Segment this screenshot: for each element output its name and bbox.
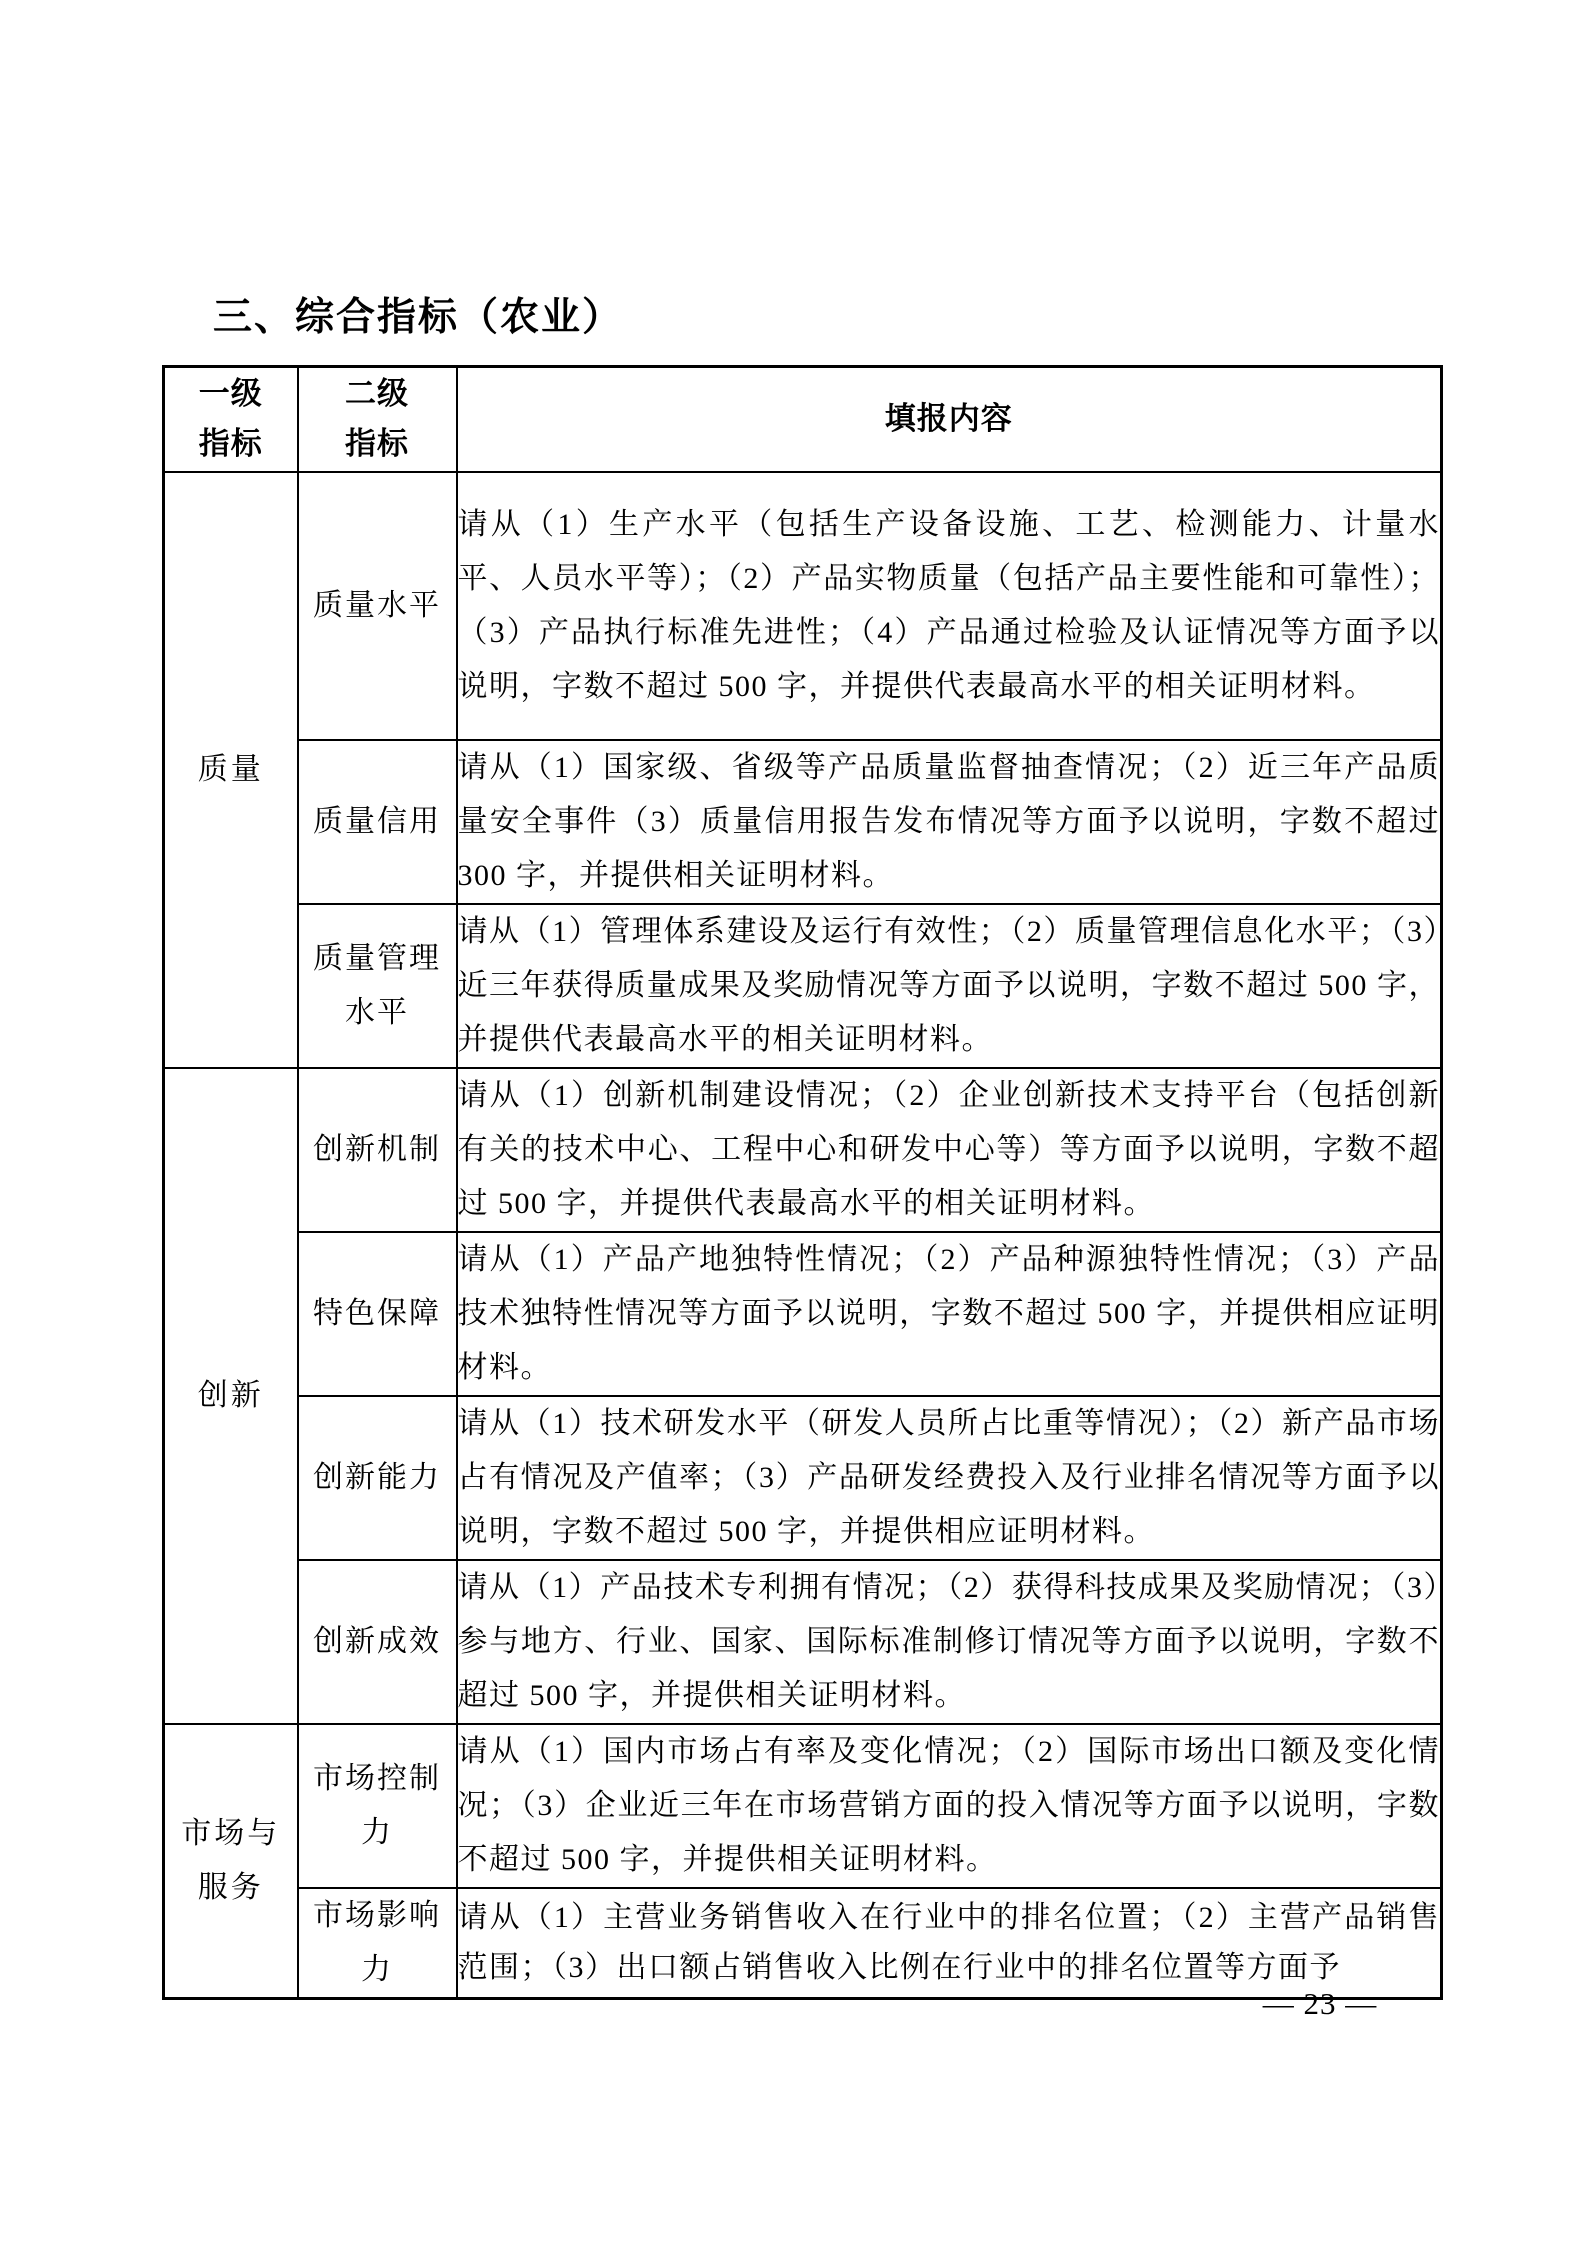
header-content-label: 填报内容 xyxy=(885,401,1013,436)
table-row: 市场与服务 市场控制力 请从（1）国内市场占有率及变化情况；（2）国际市场出口额… xyxy=(164,1724,1442,1888)
indicator-table: 一级指标 二级指标 填报内容 质量 质量水平 请从（1）生产水平（包括生产设备设… xyxy=(162,365,1443,2000)
table-row: 质量 质量水平 请从（1）生产水平（包括生产设备设施、工艺、检测能力、计量水平、… xyxy=(164,472,1442,740)
level1-label: 质量 xyxy=(180,743,282,797)
table-header-row: 一级指标 二级指标 填报内容 xyxy=(164,367,1442,472)
content-cell: 请从（1）国内市场占有率及变化情况；（2）国际市场出口额及变化情况；（3）企业近… xyxy=(457,1724,1442,1888)
content-cell: 请从（1）技术研发水平（研发人员所占比重等情况）；（2）新产品市场占有情况及产值… xyxy=(457,1396,1442,1560)
level2-label: 特色保障 xyxy=(311,1287,443,1341)
level1-cell-innovation: 创新 xyxy=(164,1068,298,1724)
level2-label: 市场控制力 xyxy=(311,1752,443,1860)
content-cell: 请从（1）管理体系建设及运行有效性；（2）质量管理信息化水平；（3）近三年获得质… xyxy=(457,904,1442,1068)
level2-cell: 创新机制 xyxy=(298,1068,457,1232)
table-row: 创新成效 请从（1）产品技术专利拥有情况；（2）获得科技成果及奖励情况；（3）参… xyxy=(164,1560,1442,1724)
content-cell: 请从（1）产品产地独特性情况；（2）产品种源独特性情况；（3）产品技术独特性情况… xyxy=(457,1232,1442,1396)
page-number: — 23 — xyxy=(1245,1986,1395,2022)
level2-cell: 质量水平 xyxy=(298,472,457,740)
level1-label: 创新 xyxy=(180,1369,282,1423)
document-page: { "page": { "title": "三、综合指标（农业）", "page… xyxy=(0,0,1587,2245)
table-row: 创新能力 请从（1）技术研发水平（研发人员所占比重等情况）；（2）新产品市场占有… xyxy=(164,1396,1442,1560)
level2-cell: 特色保障 xyxy=(298,1232,457,1396)
level2-label: 质量信用 xyxy=(311,795,443,849)
level2-label: 质量管理水平 xyxy=(311,932,443,1040)
header-level1: 一级指标 xyxy=(164,367,298,472)
header-level2-label: 二级指标 xyxy=(341,369,413,469)
level1-label: 市场与服务 xyxy=(180,1807,282,1915)
table-row: 特色保障 请从（1）产品产地独特性情况；（2）产品种源独特性情况；（3）产品技术… xyxy=(164,1232,1442,1396)
level2-label: 创新能力 xyxy=(311,1451,443,1505)
content-cell: 请从（1）主营业务销售收入在行业中的排名位置；（2）主营产品销售范围；（3）出口… xyxy=(457,1888,1442,1999)
level2-cell: 质量管理水平 xyxy=(298,904,457,1068)
level2-label: 创新机制 xyxy=(311,1123,443,1177)
level2-cell: 创新成效 xyxy=(298,1560,457,1724)
level1-cell-market-service: 市场与服务 xyxy=(164,1724,298,1999)
level2-cell: 创新能力 xyxy=(298,1396,457,1560)
level2-label: 质量水平 xyxy=(311,579,443,633)
header-level1-label: 一级指标 xyxy=(195,369,267,469)
page-title: 三、综合指标（农业） xyxy=(213,286,623,342)
header-level2: 二级指标 xyxy=(298,367,457,472)
header-content: 填报内容 xyxy=(457,367,1442,472)
level1-cell-quality: 质量 xyxy=(164,472,298,1068)
content-cell: 请从（1）创新机制建设情况；（2）企业创新技术支持平台（包括创新有关的技术中心、… xyxy=(457,1068,1442,1232)
level2-cell: 市场影响力 xyxy=(298,1888,457,1999)
level2-label: 创新成效 xyxy=(311,1615,443,1669)
level2-cell: 质量信用 xyxy=(298,740,457,904)
level2-cell: 市场控制力 xyxy=(298,1724,457,1888)
content-cell: 请从（1）产品技术专利拥有情况；（2）获得科技成果及奖励情况；（3）参与地方、行… xyxy=(457,1560,1442,1724)
content-cell: 请从（1）国家级、省级等产品质量监督抽查情况；（2）近三年产品质量安全事件（3）… xyxy=(457,740,1442,904)
table-row: 质量管理水平 请从（1）管理体系建设及运行有效性；（2）质量管理信息化水平；（3… xyxy=(164,904,1442,1068)
table-row: 市场影响力 请从（1）主营业务销售收入在行业中的排名位置；（2）主营产品销售范围… xyxy=(164,1888,1442,1999)
content-cell: 请从（1）生产水平（包括生产设备设施、工艺、检测能力、计量水平、人员水平等）；（… xyxy=(457,472,1442,740)
table-row: 质量信用 请从（1）国家级、省级等产品质量监督抽查情况；（2）近三年产品质量安全… xyxy=(164,740,1442,904)
table-row: 创新 创新机制 请从（1）创新机制建设情况；（2）企业创新技术支持平台（包括创新… xyxy=(164,1068,1442,1232)
level2-label: 市场影响力 xyxy=(311,1889,443,1997)
